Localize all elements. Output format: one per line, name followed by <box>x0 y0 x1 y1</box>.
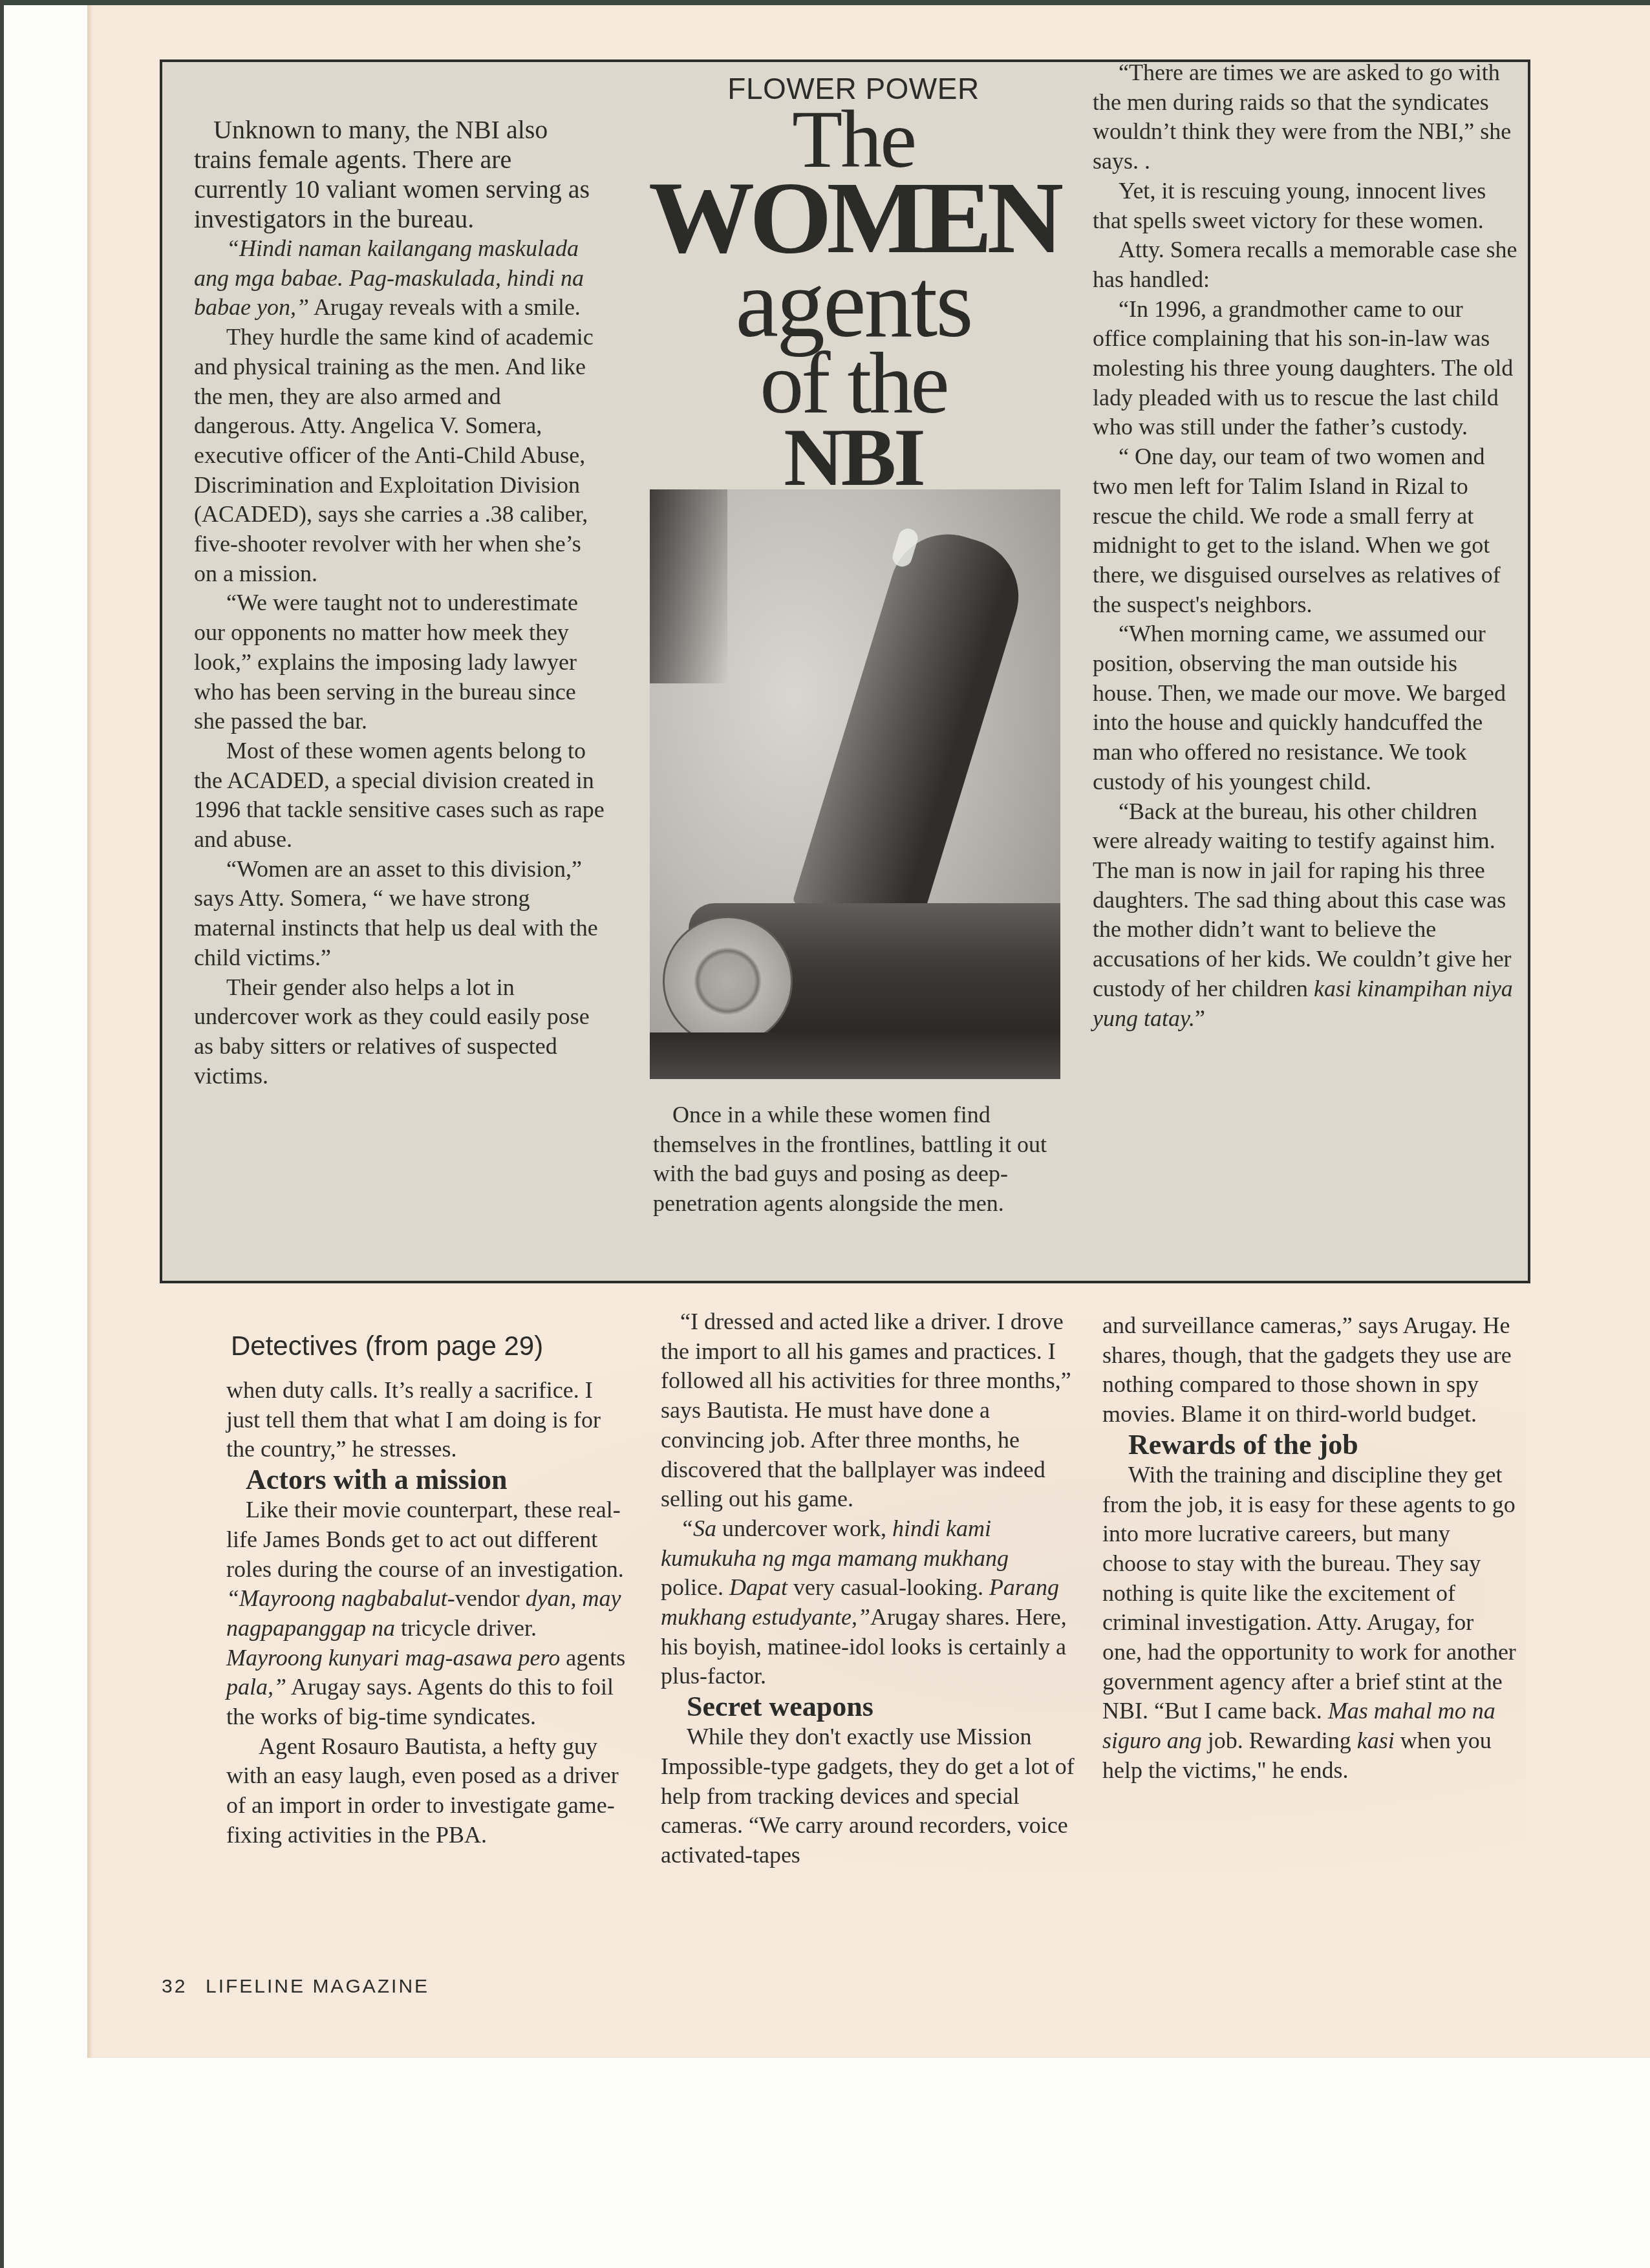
subhead-rewards: Rewards of the job <box>1102 1429 1516 1460</box>
subhead-actors: Actors with a mission <box>226 1464 627 1495</box>
headline-line-4: of the <box>640 346 1067 422</box>
photo-caption: Once in a while these women find themsel… <box>653 1100 1067 1219</box>
headline-line-2: WOMEN <box>632 175 1075 262</box>
body-paragraph: Atty. Somera recalls a memorable case sh… <box>1093 235 1519 294</box>
body-paragraph: They hurdle the same kind of academic an… <box>194 323 608 588</box>
body-paragraph: “Sa undercover work, hindi kami kumukuha… <box>661 1514 1075 1691</box>
body-paragraph: Like their movie counterpart, these real… <box>226 1495 627 1732</box>
photo-surface <box>650 1032 1060 1079</box>
body-paragraph: when duty calls. It’s really a sacrifice… <box>226 1376 627 1464</box>
body-paragraph: “There are times we are asked to go with… <box>1093 58 1519 177</box>
box-left-column: Unknown to many, the NBI also trains fem… <box>194 115 608 1091</box>
publication-name: LIFELINE MAGAZINE <box>206 1976 429 1998</box>
body-paragraph: and surveillance cameras,” says Arugay. … <box>1102 1311 1516 1429</box>
photo-shadow <box>650 489 727 683</box>
subhead-secret-weapons: Secret weapons <box>661 1691 1075 1722</box>
scanner-edge-top <box>0 0 1650 5</box>
continued-column-2: “I dressed and acted like a driver. I dr… <box>661 1307 1075 1870</box>
lead-paragraph: Unknown to many, the NBI also trains fem… <box>194 115 608 234</box>
headline-line-3: agents <box>640 262 1067 346</box>
body-paragraph: With the training and discipline they ge… <box>1102 1460 1516 1786</box>
scanner-edge-left <box>0 0 4 2268</box>
continued-header: Detectives (from page 29) <box>231 1331 543 1362</box>
body-paragraph: Agent Rosauro Bautista, a hefty guy with… <box>226 1732 627 1850</box>
continued-column-3: and surveillance cameras,” says Arugay. … <box>1102 1311 1516 1786</box>
box-right-column: “There are times we are asked to go with… <box>1093 58 1519 1033</box>
headline-line-5: NBI <box>640 422 1067 493</box>
body-paragraph: “I dressed and acted like a driver. I dr… <box>661 1307 1075 1514</box>
upright-bullet <box>792 520 1033 941</box>
body-paragraph: Most of these women agents belong to the… <box>194 736 608 855</box>
cartridge-base <box>663 916 793 1046</box>
page-number: 32 <box>162 1976 187 1998</box>
body-paragraph: “Hindi naman kailangang maskulada ang mg… <box>194 234 608 323</box>
continued-column-1: when duty calls. It’s really a sacrifice… <box>226 1376 627 1850</box>
body-paragraph: Yet, it is rescuing young, innocent live… <box>1093 177 1519 235</box>
body-paragraph: “ One day, our team of two women and two… <box>1093 442 1519 619</box>
body-paragraph: “When morning came, we assumed our posit… <box>1093 619 1519 797</box>
bullets-photo <box>650 489 1060 1079</box>
body-paragraph: “In 1996, a grandmother came to our offi… <box>1093 295 1519 443</box>
body-paragraph: Their gender also helps a lot in underco… <box>194 973 608 1091</box>
body-paragraph: “We were taught not to underestimate our… <box>194 588 608 736</box>
body-paragraph: “Back at the bureau, his other children … <box>1093 797 1519 1034</box>
body-paragraph: While they don't exactly use Mission Imp… <box>661 1722 1075 1870</box>
article-headline: The WOMEN agents of the NBI <box>640 103 1067 493</box>
body-paragraph: “Women are an asset to this division,” s… <box>194 855 608 973</box>
